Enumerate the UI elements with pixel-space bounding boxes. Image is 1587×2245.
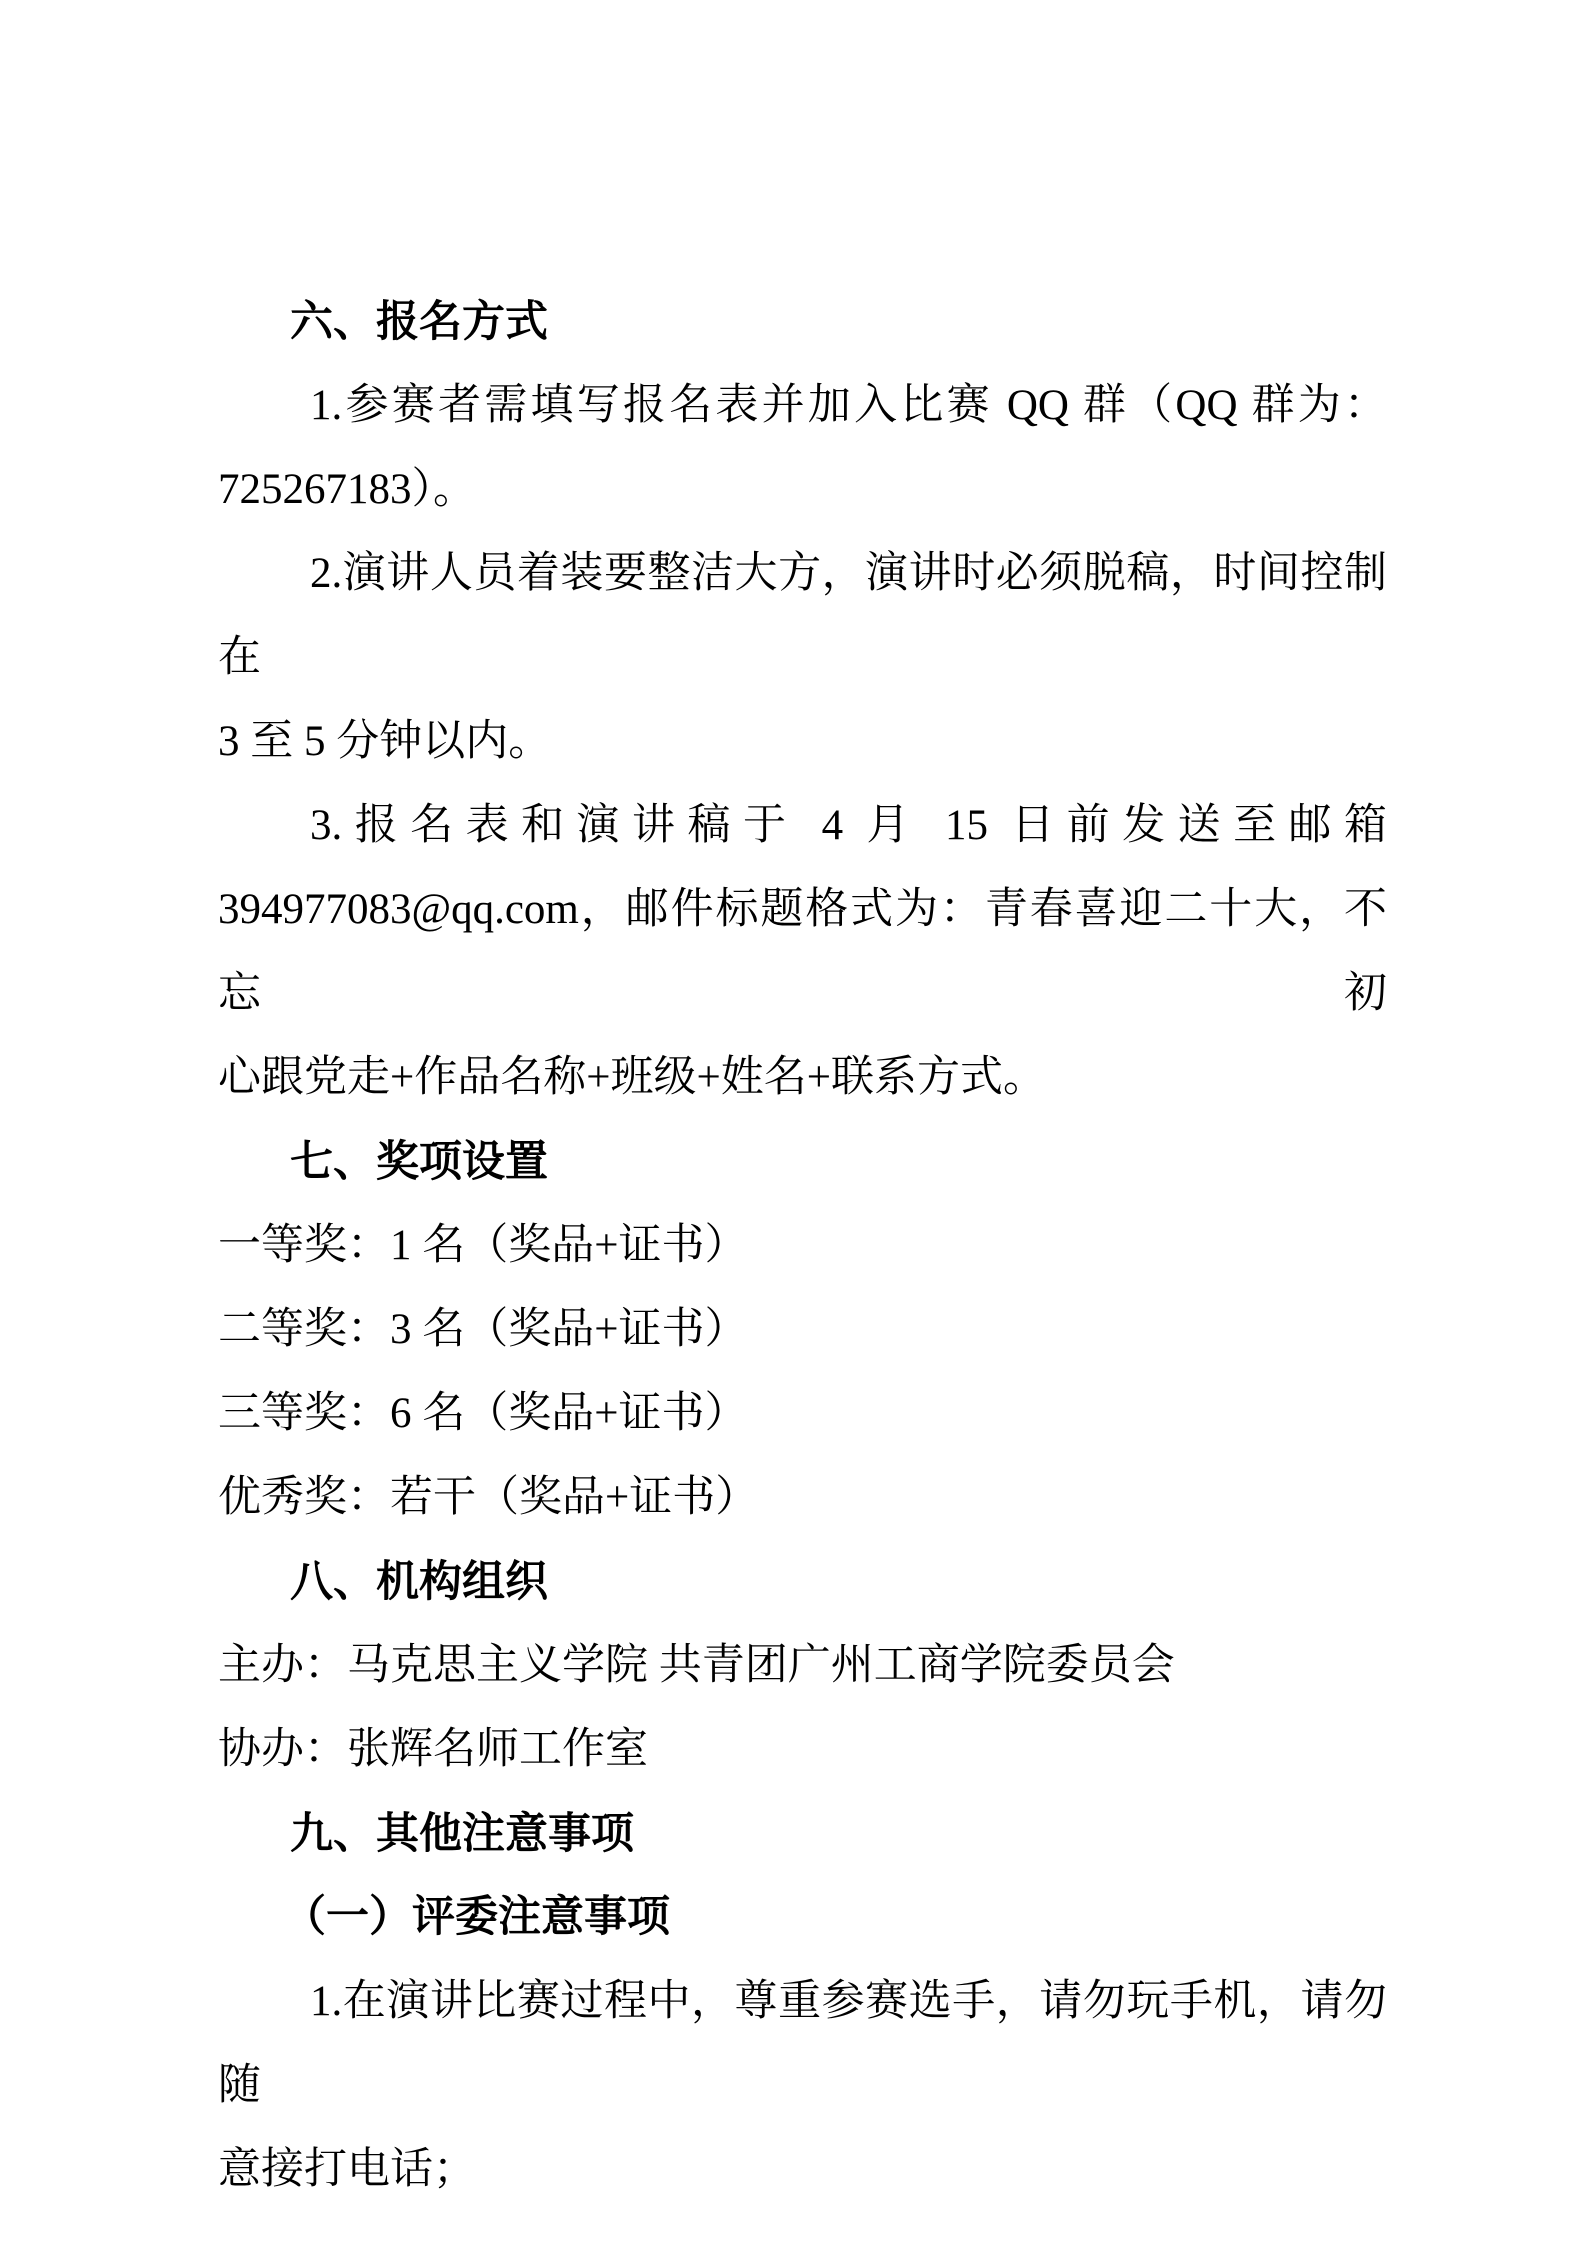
para-registration-2-line-1: 2.演讲人员着装要整洁大方，演讲时必须脱稿，时间控制在 (218, 532, 1387, 700)
award-third-prize: 三等奖：6 名（奖品+证书） (218, 1372, 1387, 1456)
para-registration-3-line-2: 394977083@qq.com，邮件标题格式为：青春喜迎二十大，不忘初 (218, 868, 1387, 1036)
section-6-heading: 六、报名方式 (218, 280, 1387, 364)
organizer-line: 主办：马克思主义学院 共青团广州工商学院委员会 (218, 1624, 1387, 1708)
para-registration-3-line-1: 3.报名表和演讲稿于 4 月 15 日前发送至邮箱 (218, 784, 1387, 868)
award-second-prize: 二等奖：3 名（奖品+证书） (218, 1288, 1387, 1372)
co-organizer-line: 协办：张辉名师工作室 (218, 1708, 1387, 1792)
document-text-block: 六、报名方式1.参赛者需填写报名表并加入比赛 QQ 群（QQ 群为：725267… (218, 280, 1387, 2212)
section-9-heading: 九、其他注意事项 (218, 1792, 1387, 1876)
para-registration-3-line-3: 心跟党走+作品名称+班级+姓名+联系方式。 (218, 1036, 1387, 1120)
para-judges-1-line-1: 1.在演讲比赛过程中，尊重参赛选手，请勿玩手机，请勿随 (218, 1960, 1387, 2128)
document-page: 六、报名方式1.参赛者需填写报名表并加入比赛 QQ 群（QQ 群为：725267… (0, 0, 1587, 2245)
section-8-heading: 八、机构组织 (218, 1540, 1387, 1624)
para-registration-1-line-1: 1.参赛者需填写报名表并加入比赛 QQ 群（QQ 群为： (218, 364, 1387, 448)
para-judges-1-line-2: 意接打电话； (218, 2128, 1387, 2212)
para-registration-2-line-2: 3 至 5 分钟以内。 (218, 700, 1387, 784)
para-registration-1-line-2: 725267183）。 (218, 448, 1387, 532)
award-excellence-prize: 优秀奖：若干（奖品+证书） (218, 1456, 1387, 1540)
judges-notes-subheading: （一）评委注意事项 (218, 1876, 1387, 1960)
section-7-heading: 七、奖项设置 (218, 1120, 1387, 1204)
award-first-prize: 一等奖：1 名（奖品+证书） (218, 1204, 1387, 1288)
